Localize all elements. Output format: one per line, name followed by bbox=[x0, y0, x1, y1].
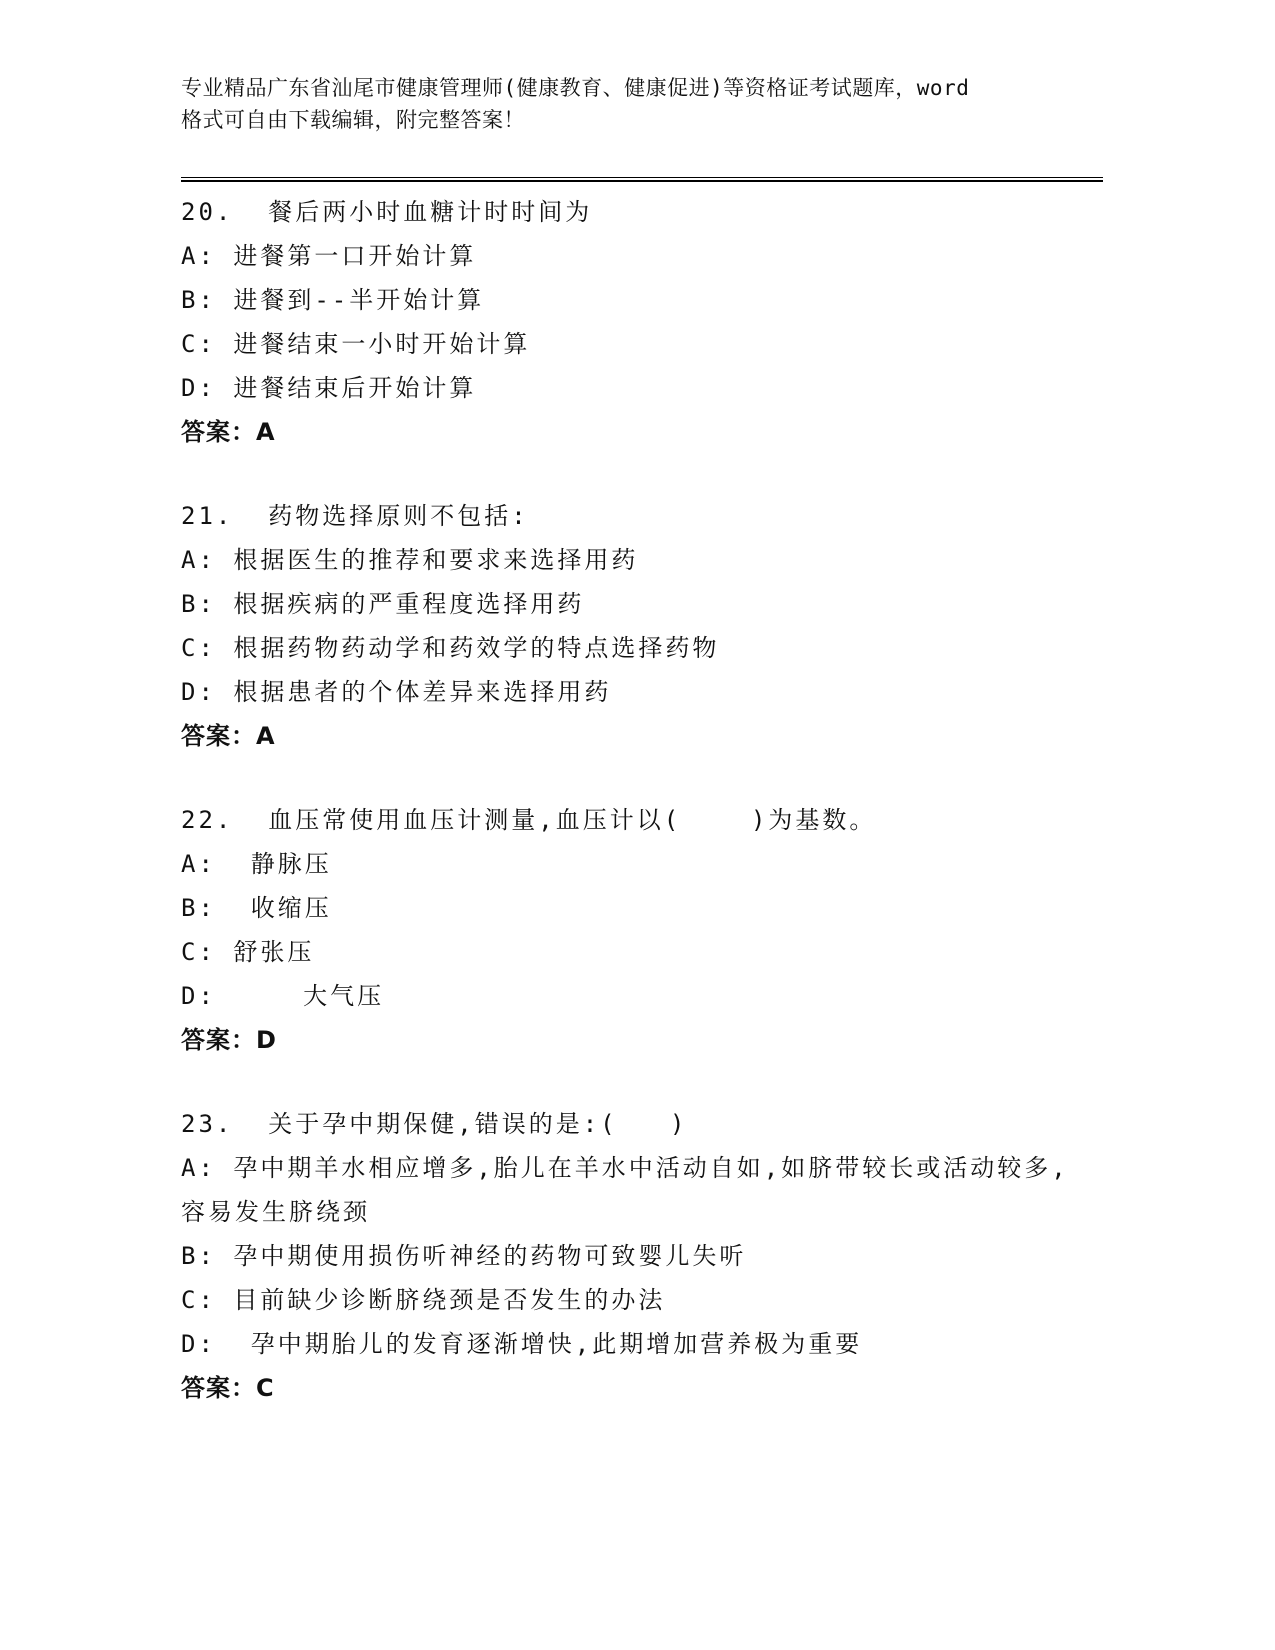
answer: 答案：A bbox=[181, 410, 1081, 454]
option-d: D: 根据患者的个体差异来选择用药 bbox=[181, 670, 1081, 714]
question-title: 21. 药物选择原则不包括: bbox=[181, 494, 1081, 538]
option-d: D: 进餐结束后开始计算 bbox=[181, 366, 1081, 410]
question-title: 23. 关于孕中期保健,错误的是:( ) bbox=[181, 1102, 1081, 1146]
header-line-2: 格式可自由下载编辑，附完整答案！ bbox=[181, 104, 1081, 136]
option-c: C: 目前缺少诊断脐绕颈是否发生的办法 bbox=[181, 1278, 1081, 1322]
question-21: 21. 药物选择原则不包括: A: 根据医生的推荐和要求来选择用药 B: 根据疾… bbox=[181, 494, 1081, 758]
answer: 答案：D bbox=[181, 1018, 1081, 1062]
document-header: 专业精品广东省汕尾市健康管理师(健康教育、健康促进)等资格证考试题库，word … bbox=[181, 72, 1081, 136]
option-c: C: 根据药物药动学和药效学的特点选择药物 bbox=[181, 626, 1081, 670]
option-b: B: 收缩压 bbox=[181, 886, 1081, 930]
header-line-1: 专业精品广东省汕尾市健康管理师(健康教育、健康促进)等资格证考试题库，word bbox=[181, 72, 1081, 104]
answer: 答案：C bbox=[181, 1366, 1081, 1410]
question-22: 22. 血压常使用血压计测量,血压计以( )为基数。 A: 静脉压 B: 收缩压… bbox=[181, 798, 1081, 1062]
option-d: D: 孕中期胎儿的发育逐渐增快,此期增加营养极为重要 bbox=[181, 1322, 1081, 1366]
option-a: A: 根据医生的推荐和要求来选择用药 bbox=[181, 538, 1081, 582]
option-d: D: 大气压 bbox=[181, 974, 1081, 1018]
question-list: 20. 餐后两小时血糖计时时间为 A: 进餐第一口开始计算 B: 进餐到--半开… bbox=[181, 190, 1081, 1450]
option-c: C: 舒张压 bbox=[181, 930, 1081, 974]
option-a: A: 孕中期羊水相应增多,胎儿在羊水中活动自如,如脐带较长或活动较多,容易发生脐… bbox=[181, 1146, 1081, 1234]
option-a: A: 进餐第一口开始计算 bbox=[181, 234, 1081, 278]
option-b: B: 孕中期使用损伤听神经的药物可致婴儿失听 bbox=[181, 1234, 1081, 1278]
option-b: B: 根据疾病的严重程度选择用药 bbox=[181, 582, 1081, 626]
option-a: A: 静脉压 bbox=[181, 842, 1081, 886]
question-20: 20. 餐后两小时血糖计时时间为 A: 进餐第一口开始计算 B: 进餐到--半开… bbox=[181, 190, 1081, 454]
header-divider bbox=[181, 177, 1103, 182]
question-23: 23. 关于孕中期保健,错误的是:( ) A: 孕中期羊水相应增多,胎儿在羊水中… bbox=[181, 1102, 1081, 1410]
question-title: 20. 餐后两小时血糖计时时间为 bbox=[181, 190, 1081, 234]
question-title: 22. 血压常使用血压计测量,血压计以( )为基数。 bbox=[181, 798, 1081, 842]
answer: 答案：A bbox=[181, 714, 1081, 758]
option-b: B: 进餐到--半开始计算 bbox=[181, 278, 1081, 322]
option-c: C: 进餐结束一小时开始计算 bbox=[181, 322, 1081, 366]
